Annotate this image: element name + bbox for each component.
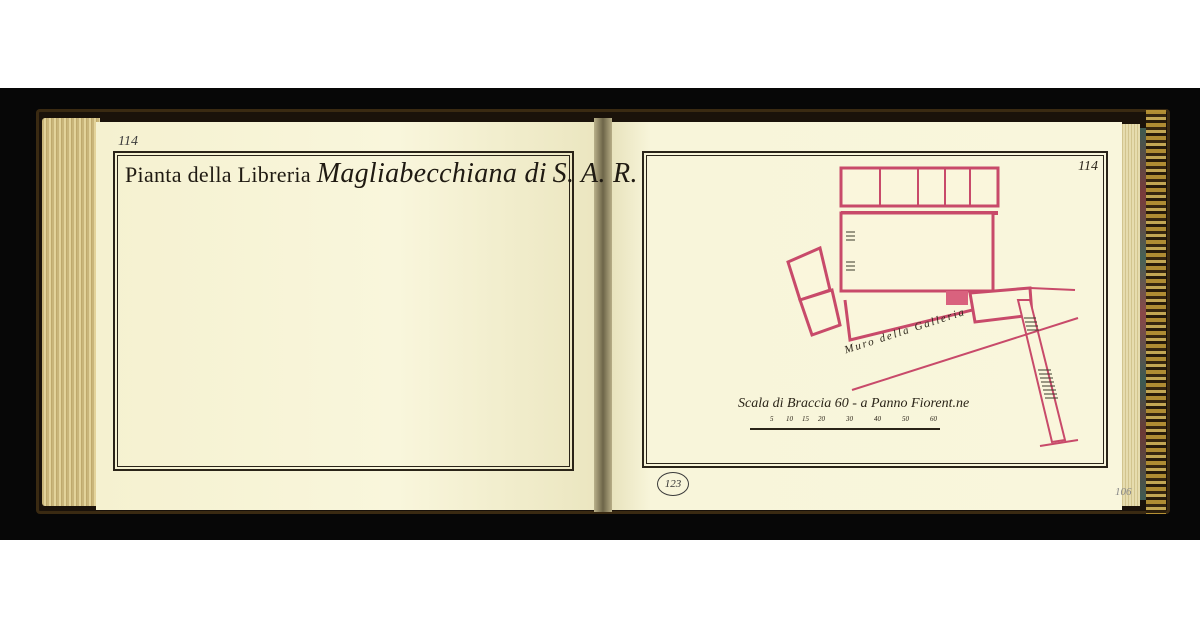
scale-tick: 20: [818, 415, 825, 423]
scale-tick: 40: [874, 415, 881, 423]
library-stamp: 123: [657, 472, 689, 496]
scale-tick: 60: [930, 415, 937, 423]
scale-tick: 50: [902, 415, 909, 423]
scale-tick: 10: [786, 415, 793, 423]
scale-tick: 15: [802, 415, 809, 423]
scale-bar: 5 10 15 20 30 40 50 60: [750, 424, 940, 430]
scale-title: Scala di Braccia 60 - a Panno Fiorent.ne: [738, 396, 969, 412]
scale-tick: 30: [846, 415, 853, 423]
scale-tick: 5: [770, 415, 774, 423]
pencil-note: 106: [1115, 486, 1132, 498]
floor-plan: [0, 0, 1200, 628]
